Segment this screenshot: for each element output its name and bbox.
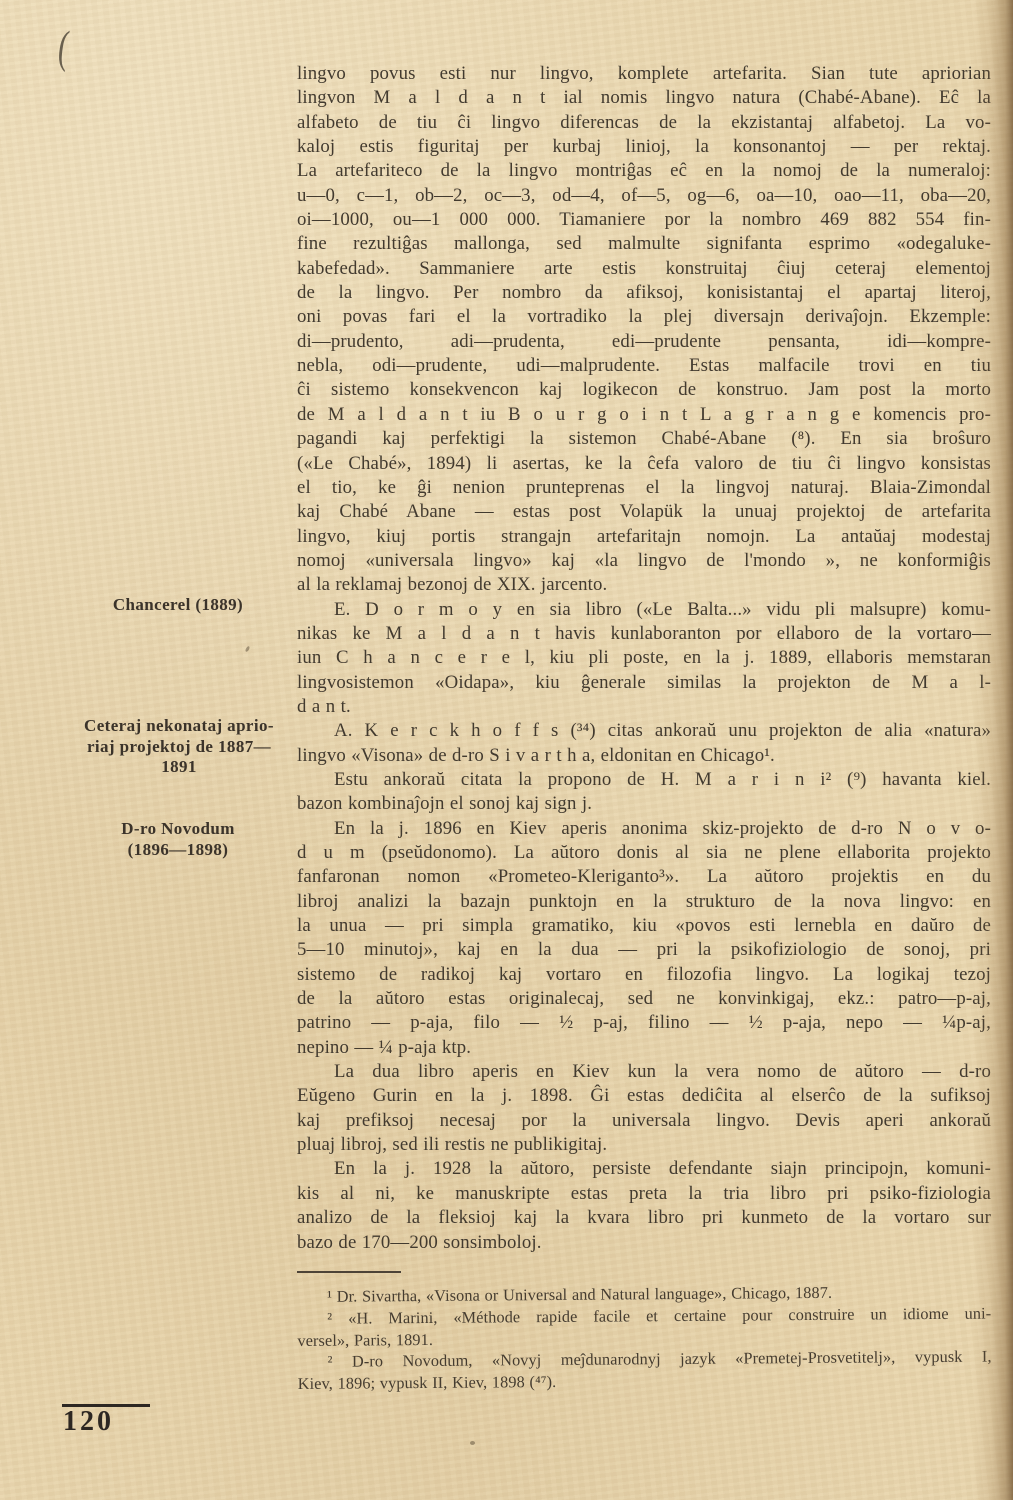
ink-speck [245, 646, 251, 653]
paragraph: ² D-ro Novodum, «Novyj meĵdunarodnyj jaz… [298, 1346, 992, 1395]
margin-note-ceteraj-projektoj: Ceteraj nekonataj aprio-riaj projektoj d… [54, 716, 304, 778]
text-line: analizo de la fleksioj kaj la kvara libr… [297, 1206, 991, 1230]
text-line: el tio, ke ĝi nenion prunteprenas el la … [297, 476, 991, 500]
paragraph: La dua libro aperis en Kiev kun la vera … [297, 1060, 991, 1157]
text-line: u—0, c—1, ob—2, oc—3, od—4, of—5, og—6, … [297, 184, 991, 208]
paragraph: En la j. 1896 en Kiev aperis anonima ski… [297, 817, 991, 1060]
text-line: la unua — pri simpla gramatiko, kiu «pov… [297, 914, 991, 938]
text-line: lingvo, kiuj portis strangajn artefarita… [297, 525, 991, 549]
text-line: kaj prefiksoj necesaj por la universala … [297, 1109, 991, 1133]
handwritten-mark: ( [55, 20, 71, 74]
margin-note-line: Chancerel (1889) [58, 595, 298, 616]
text-line: d a n t. [297, 695, 991, 719]
text-line: A. K e r c k h o f f s (³⁴) citas ankora… [297, 719, 991, 743]
text-line: kabefedad». Sammaniere arte estis konstr… [297, 257, 991, 281]
text-line: bazo de 170—200 sonsimboloj. [297, 1231, 991, 1255]
text-line: alfabeto de tiu ĉi lingvo diferencas de … [297, 111, 991, 135]
body-text: lingvo povus esti nur lingvo, komplete a… [297, 62, 991, 1395]
text-line: 5—10 minutoj», kaj en la dua — pri la ps… [297, 938, 991, 962]
text-line: kaj Chabé Abane — estas post Volapük la … [297, 500, 991, 524]
text-line: nikas ke M a l d a n t havis kunlaborant… [297, 622, 991, 646]
paragraph: ² «H. Marini, «Méthode rapide facile et … [297, 1302, 991, 1351]
text-line: nomoj «universala lingvo» kaj «la lingvo… [297, 549, 991, 573]
paragraph: lingvo povus esti nur lingvo, komplete a… [297, 62, 991, 598]
text-line: de M a l d a n t iu B o u r g o i n t L … [297, 403, 991, 427]
text-line: d u m (pseŭdonomo). La aŭtoro donis al s… [297, 841, 991, 865]
text-line: de la lingvo. Per nombro da afiksoj, kon… [297, 281, 991, 305]
text-line: («Le Chabé», 1894) li asertas, ke la ĉef… [297, 452, 991, 476]
paragraph: A. K e r c k h o f f s (³⁴) citas ankora… [297, 719, 991, 768]
text-line: al la reklamaj bezonoj de XIX. jarcento. [297, 573, 991, 597]
text-line: iun C h a n c e r e l, kiu pli poste, en… [297, 646, 991, 670]
text-line: La dua libro aperis en Kiev kun la vera … [297, 1060, 991, 1084]
footnote-divider [297, 1271, 401, 1273]
paragraph: Estu ankoraŭ citata la propono de H. M a… [297, 768, 991, 817]
paragraph: E. D o r m o y en sia libro («Le Balta..… [297, 598, 991, 720]
text-line: fine rezultiĝas mallonga, sed malmulte s… [297, 232, 991, 256]
text-line: pagandi kaj perfektigi la sistemon Chabé… [297, 427, 991, 451]
text-line: En la j. 1896 en Kiev aperis anonima ski… [297, 817, 991, 841]
text-line: oi—1000, ou—1 000 000. Tiamaniere por la… [297, 208, 991, 232]
text-line: lingvo «Visona» de d-ro S i v a r t h a,… [297, 744, 991, 768]
text-line: fanfaronan nomon «Prometeo-Kleriganto³».… [297, 865, 991, 889]
text-line: libroj analizi la bazajn punktojn en la … [297, 890, 991, 914]
scanned-book-page: ( Chancerel (1889) Ceteraj nekonataj apr… [0, 0, 1013, 1500]
text-line: La artefariteco de la lingvo montriĝas e… [297, 159, 991, 183]
text-line: lingvon M a l d a n t ial nomis lingvo n… [297, 86, 991, 110]
margin-note-line: 1891 [54, 757, 304, 778]
paragraph: En la j. 1928 la aŭtoro, persiste defend… [297, 1157, 991, 1254]
margin-note-line: Ceteraj nekonataj aprio- [54, 716, 304, 737]
text-line: ĉi sistemo konsekvencon kaj logikecon de… [297, 378, 991, 402]
margin-note-novodum: D-ro Novodum(1896—1898) [58, 819, 298, 860]
text-line: E. D o r m o y en sia libro («Le Balta..… [297, 598, 991, 622]
text-line: bazon kombinaĵojn el sonoj kaj sign j. [297, 792, 991, 816]
ink-speck [470, 1441, 475, 1445]
text-line: Eŭgeno Gurin en la j. 1898. Ĝi estas ded… [297, 1084, 991, 1108]
text-line: sistemo de radikoj kaj vortaro en filozo… [297, 963, 991, 987]
page-number: 120 [63, 1406, 114, 1438]
text-line: nebla, odi—prudente, udi—malprudente. Es… [297, 354, 991, 378]
text-line: kis al ni, ke manuskripte estas preta la… [297, 1182, 991, 1206]
text-line: Estu ankoraŭ citata la propono de H. M a… [297, 768, 991, 792]
text-line: di—prudento, adi—prudenta, edi—prudente … [297, 330, 991, 354]
text-line: lingvosistemon «Oidapa», kiu ĝenerale si… [297, 671, 991, 695]
text-line: En la j. 1928 la aŭtoro, persiste defend… [297, 1157, 991, 1181]
text-line: pluaj libroj, sed ili restis ne publikig… [297, 1133, 991, 1157]
text-line: nepino — ¼ p-aja ktp. [297, 1036, 991, 1060]
text-line: Kiev, 1896; vypusk II, Kiev, 1898 (⁴⁷). [298, 1368, 992, 1395]
text-line: kaloj estis figuritaj per kurbaj linioj,… [297, 135, 991, 159]
text-line: patrino — p-aja, filo — ½ p-aj, filino —… [297, 1011, 991, 1035]
paragraphs: lingvo povus esti nur lingvo, komplete a… [297, 62, 991, 1255]
margin-note-line: riaj projektoj de 1887— [54, 737, 304, 758]
margin-note-line: D-ro Novodum [58, 819, 298, 840]
margin-note-line: (1896—1898) [58, 840, 298, 861]
footnotes: ¹ Dr. Sivartha, «Visona or Universal and… [297, 1280, 992, 1394]
text-line: de la aŭtoro estas originalecaj, sed ne … [297, 987, 991, 1011]
margin-note-chancerel: Chancerel (1889) [58, 595, 298, 616]
text-line: lingvo povus esti nur lingvo, komplete a… [297, 62, 991, 86]
text-line: oni povas fari el la vortradiko la plej … [297, 305, 991, 329]
